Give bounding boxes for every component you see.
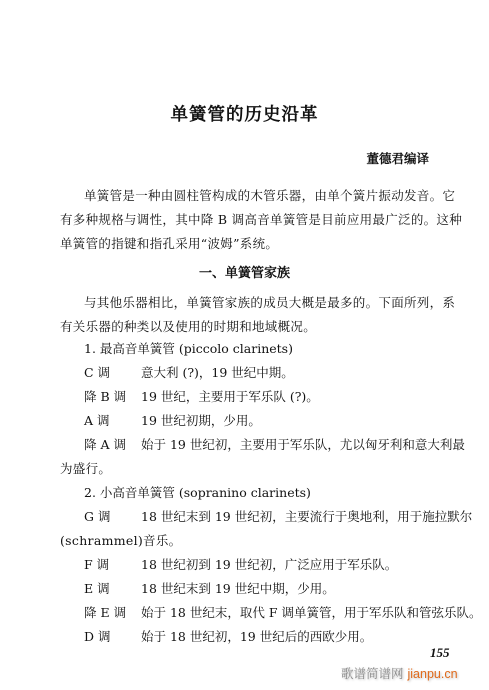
watermark-brand: jianpu.cn — [408, 667, 458, 681]
item-desc: 19 世纪，主要用于军乐队 (?)。 — [141, 389, 319, 404]
list-item: G 调18 世纪末到 19 世纪初，主要流行于奥地利，用于施拉默尔 — [84, 507, 472, 525]
item-key: A 调 — [84, 411, 141, 429]
list-item: E 调18 世纪末到 19 世纪中期，少用。 — [84, 579, 335, 597]
item-continuation: (schrammel)音乐。 — [60, 531, 181, 549]
item-key: 降 B 调 — [84, 387, 141, 405]
item-key: G 调 — [84, 507, 141, 525]
list-item: C 调意大利 (?)，19 世纪中期。 — [84, 363, 294, 381]
page-title: 单簧管的历史沿革 — [0, 101, 489, 126]
group-label-piccolo: 1. 最高音单簧管 (piccolo clarinets) — [84, 339, 293, 357]
list-item: F 调18 世纪初到 19 世纪初，广泛应用于军乐队。 — [84, 555, 397, 573]
item-desc: 18 世纪末到 19 世纪初，主要流行于奥地利，用于施拉默尔 — [141, 509, 472, 524]
section-para-line-2: 有关乐器的种类以及使用的时期和地域概况。 — [60, 317, 316, 335]
list-item: D 调始于 18 世纪初，19 世纪后的西欧少用。 — [84, 627, 372, 645]
list-item: A 调19 世纪初期，少用。 — [84, 411, 261, 429]
item-desc: 18 世纪初到 19 世纪初，广泛应用于军乐队。 — [141, 557, 397, 572]
author-credit: 董德君编译 — [366, 149, 429, 167]
item-key: 降 A 调 — [84, 435, 141, 453]
item-desc: 18 世纪末到 19 世纪中期，少用。 — [141, 581, 335, 596]
item-desc: 始于 19 世纪初，主要用于军乐队，尤以匈牙利和意大利最 — [141, 437, 465, 452]
item-key: D 调 — [84, 627, 141, 645]
section-para-line-1: 与其他乐器相比，单簧管家族的成员大概是最多的。下面所列，系 — [84, 293, 455, 311]
watermark: 歌谱简谱网 jianpu.cn — [341, 664, 458, 682]
item-desc: 19 世纪初期，少用。 — [141, 413, 261, 428]
watermark-cn: 歌谱简谱网 — [341, 666, 404, 681]
list-item: 降 B 调19 世纪，主要用于军乐队 (?)。 — [84, 387, 319, 405]
item-key: 降 E 调 — [84, 603, 141, 621]
intro-line-1: 单簧管是一种由圆柱管构成的木管乐器，由单个簧片振动发音。它 — [84, 186, 455, 204]
page-number: 155 — [430, 645, 450, 661]
item-continuation: 为盛行。 — [60, 459, 111, 477]
group-label-sopranino: 2. 小高音单簧管 (sopranino clarinets) — [84, 483, 311, 501]
intro-line-3: 单簧管的指键和指孔采用“波姆”系统。 — [60, 234, 278, 252]
item-desc: 始于 18 世纪初，19 世纪后的西欧少用。 — [141, 629, 372, 644]
list-item: 降 A 调始于 19 世纪初，主要用于军乐队，尤以匈牙利和意大利最 — [84, 435, 465, 453]
item-desc: 意大利 (?)，19 世纪中期。 — [141, 365, 294, 380]
section-heading: 一、单簧管家族 — [0, 262, 489, 281]
intro-line-2: 有多种规格与调性，其中降 B 调高音单簧管是目前应用最广泛的。这种 — [60, 210, 462, 228]
list-item: 降 E 调始于 18 世纪末，取代 F 调单簧管，用于军乐队和管弦乐队。 — [84, 603, 481, 621]
item-desc: 始于 18 世纪末，取代 F 调单簧管，用于军乐队和管弦乐队。 — [141, 605, 481, 620]
item-key: E 调 — [84, 579, 141, 597]
item-key: C 调 — [84, 363, 141, 381]
item-key: F 调 — [84, 555, 141, 573]
